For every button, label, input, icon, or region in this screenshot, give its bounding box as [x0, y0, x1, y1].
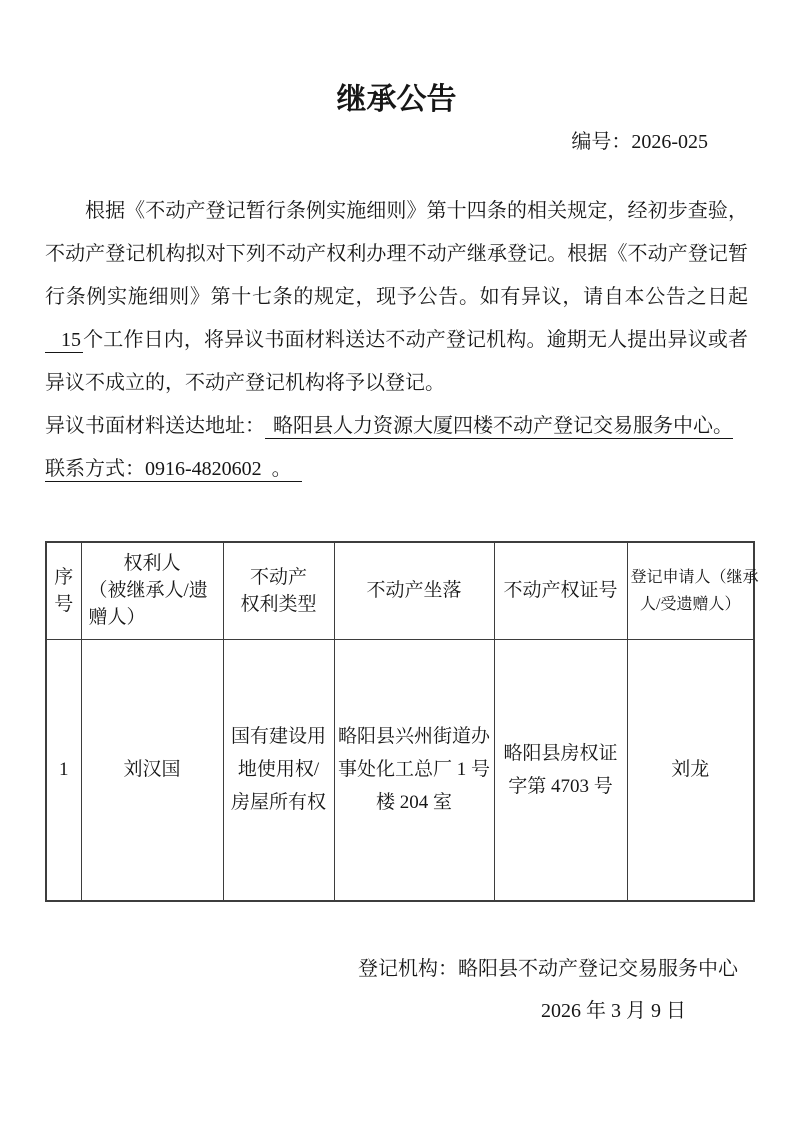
- cell-right-type-line1: 国有建设用: [227, 720, 331, 753]
- header-cell-applicant: 登记申请人（继承 人/受遗赠人）: [627, 542, 754, 639]
- contact-value: 联系方式：0916-4820602 。: [45, 458, 302, 482]
- header-right-type-line1: 不动产: [227, 564, 331, 591]
- inheritance-notice-table: 序号 权利人 （被继承人/遗 赠人） 不动产 权利类型 不动产坐落 不动产权证号: [45, 541, 755, 902]
- header-cell-cert-no: 不动产权证号: [494, 542, 627, 639]
- header-cell-seq: 序号: [46, 542, 81, 639]
- page-title: 继承公告: [45, 84, 748, 116]
- cell-location: 略阳县兴州街道办 事处化工总厂 1 号 楼 204 室: [334, 639, 494, 901]
- cell-cert-no: 略阳县房权证 字第 4703 号: [494, 639, 627, 901]
- address-line: 异议书面材料送达地址：略阳县人力资源大厦四楼不动产登记交易服务中心。: [45, 405, 748, 448]
- cell-right-type: 国有建设用 地使用权/ 房屋所有权: [223, 639, 334, 901]
- table-header-row: 序号 权利人 （被继承人/遗 赠人） 不动产 权利类型 不动产坐落 不动产权证号: [46, 542, 754, 639]
- announcement-page: 继承公告 编号：2026-025 根据《不动产登记暂行条例实施细则》第十四条的相…: [0, 0, 793, 1122]
- header-location-label: 不动产坐落: [338, 577, 491, 604]
- paragraph-text-part2: 个工作日内，将异议书面材料送达不动产登记机构。逾期无人提出异议或者异议不成立的，…: [45, 329, 748, 394]
- announcement-date: 2026 年 3 月 9 日: [45, 996, 748, 1026]
- objection-days-value: 15: [45, 329, 83, 353]
- table-row: 1 刘汉国 国有建设用 地使用权/ 房屋所有权 略阳县兴州街道办 事处化工总厂 …: [46, 639, 754, 901]
- header-right-type-line2: 权利类型: [227, 591, 331, 618]
- cell-location-line1: 略阳县兴州街道办: [338, 720, 491, 753]
- header-seq-label: 序号: [50, 564, 78, 618]
- cell-seq: 1: [46, 639, 81, 901]
- header-holder-line2: （被继承人/遗: [85, 577, 220, 604]
- registry-authority-line: 登记机构：略阳县不动产登记交易服务中心: [45, 954, 748, 984]
- header-holder-line3: 赠人）: [85, 604, 220, 631]
- address-label: 异议书面材料送达地址：: [45, 415, 265, 437]
- paragraph-text-part1: 根据《不动产登记暂行条例实施细则》第十四条的相关规定，经初步查验，不动产登记机构…: [45, 200, 748, 308]
- address-value: 略阳县人力资源大厦四楼不动产登记交易服务中心。: [265, 415, 733, 439]
- cell-right-type-line3: 房屋所有权: [227, 786, 331, 819]
- header-cell-location: 不动产坐落: [334, 542, 494, 639]
- cell-location-line3: 楼 204 室: [338, 786, 491, 819]
- header-holder-line1: 权利人: [85, 550, 220, 577]
- header-cert-no-label: 不动产权证号: [498, 577, 624, 604]
- header-applicant-line1: 登记申请人（继承: [631, 564, 751, 591]
- cell-right-type-line2: 地使用权/: [227, 753, 331, 786]
- header-cell-holder: 权利人 （被继承人/遗 赠人）: [81, 542, 223, 639]
- cell-applicant: 刘龙: [627, 639, 754, 901]
- doc-number: 编号：2026-025: [45, 130, 748, 154]
- header-cell-right-type: 不动产 权利类型: [223, 542, 334, 639]
- cell-holder: 刘汉国: [81, 639, 223, 901]
- contact-line: 联系方式：0916-4820602 。: [45, 448, 748, 491]
- table-body: 1 刘汉国 国有建设用 地使用权/ 房屋所有权 略阳县兴州街道办 事处化工总厂 …: [46, 639, 754, 901]
- cell-cert-no-line1: 略阳县房权证: [498, 737, 624, 770]
- announcement-paragraph: 根据《不动产登记暂行条例实施细则》第十四条的相关规定，经初步查验，不动产登记机构…: [45, 190, 748, 405]
- cell-cert-no-line2: 字第 4703 号: [498, 770, 624, 803]
- cell-location-line2: 事处化工总厂 1 号: [338, 753, 491, 786]
- header-applicant-line2: 人/受遗赠人）: [631, 591, 751, 618]
- announcement-body: 根据《不动产登记暂行条例实施细则》第十四条的相关规定，经初步查验，不动产登记机构…: [45, 190, 748, 491]
- table-header: 序号 权利人 （被继承人/遗 赠人） 不动产 权利类型 不动产坐落 不动产权证号: [46, 542, 754, 639]
